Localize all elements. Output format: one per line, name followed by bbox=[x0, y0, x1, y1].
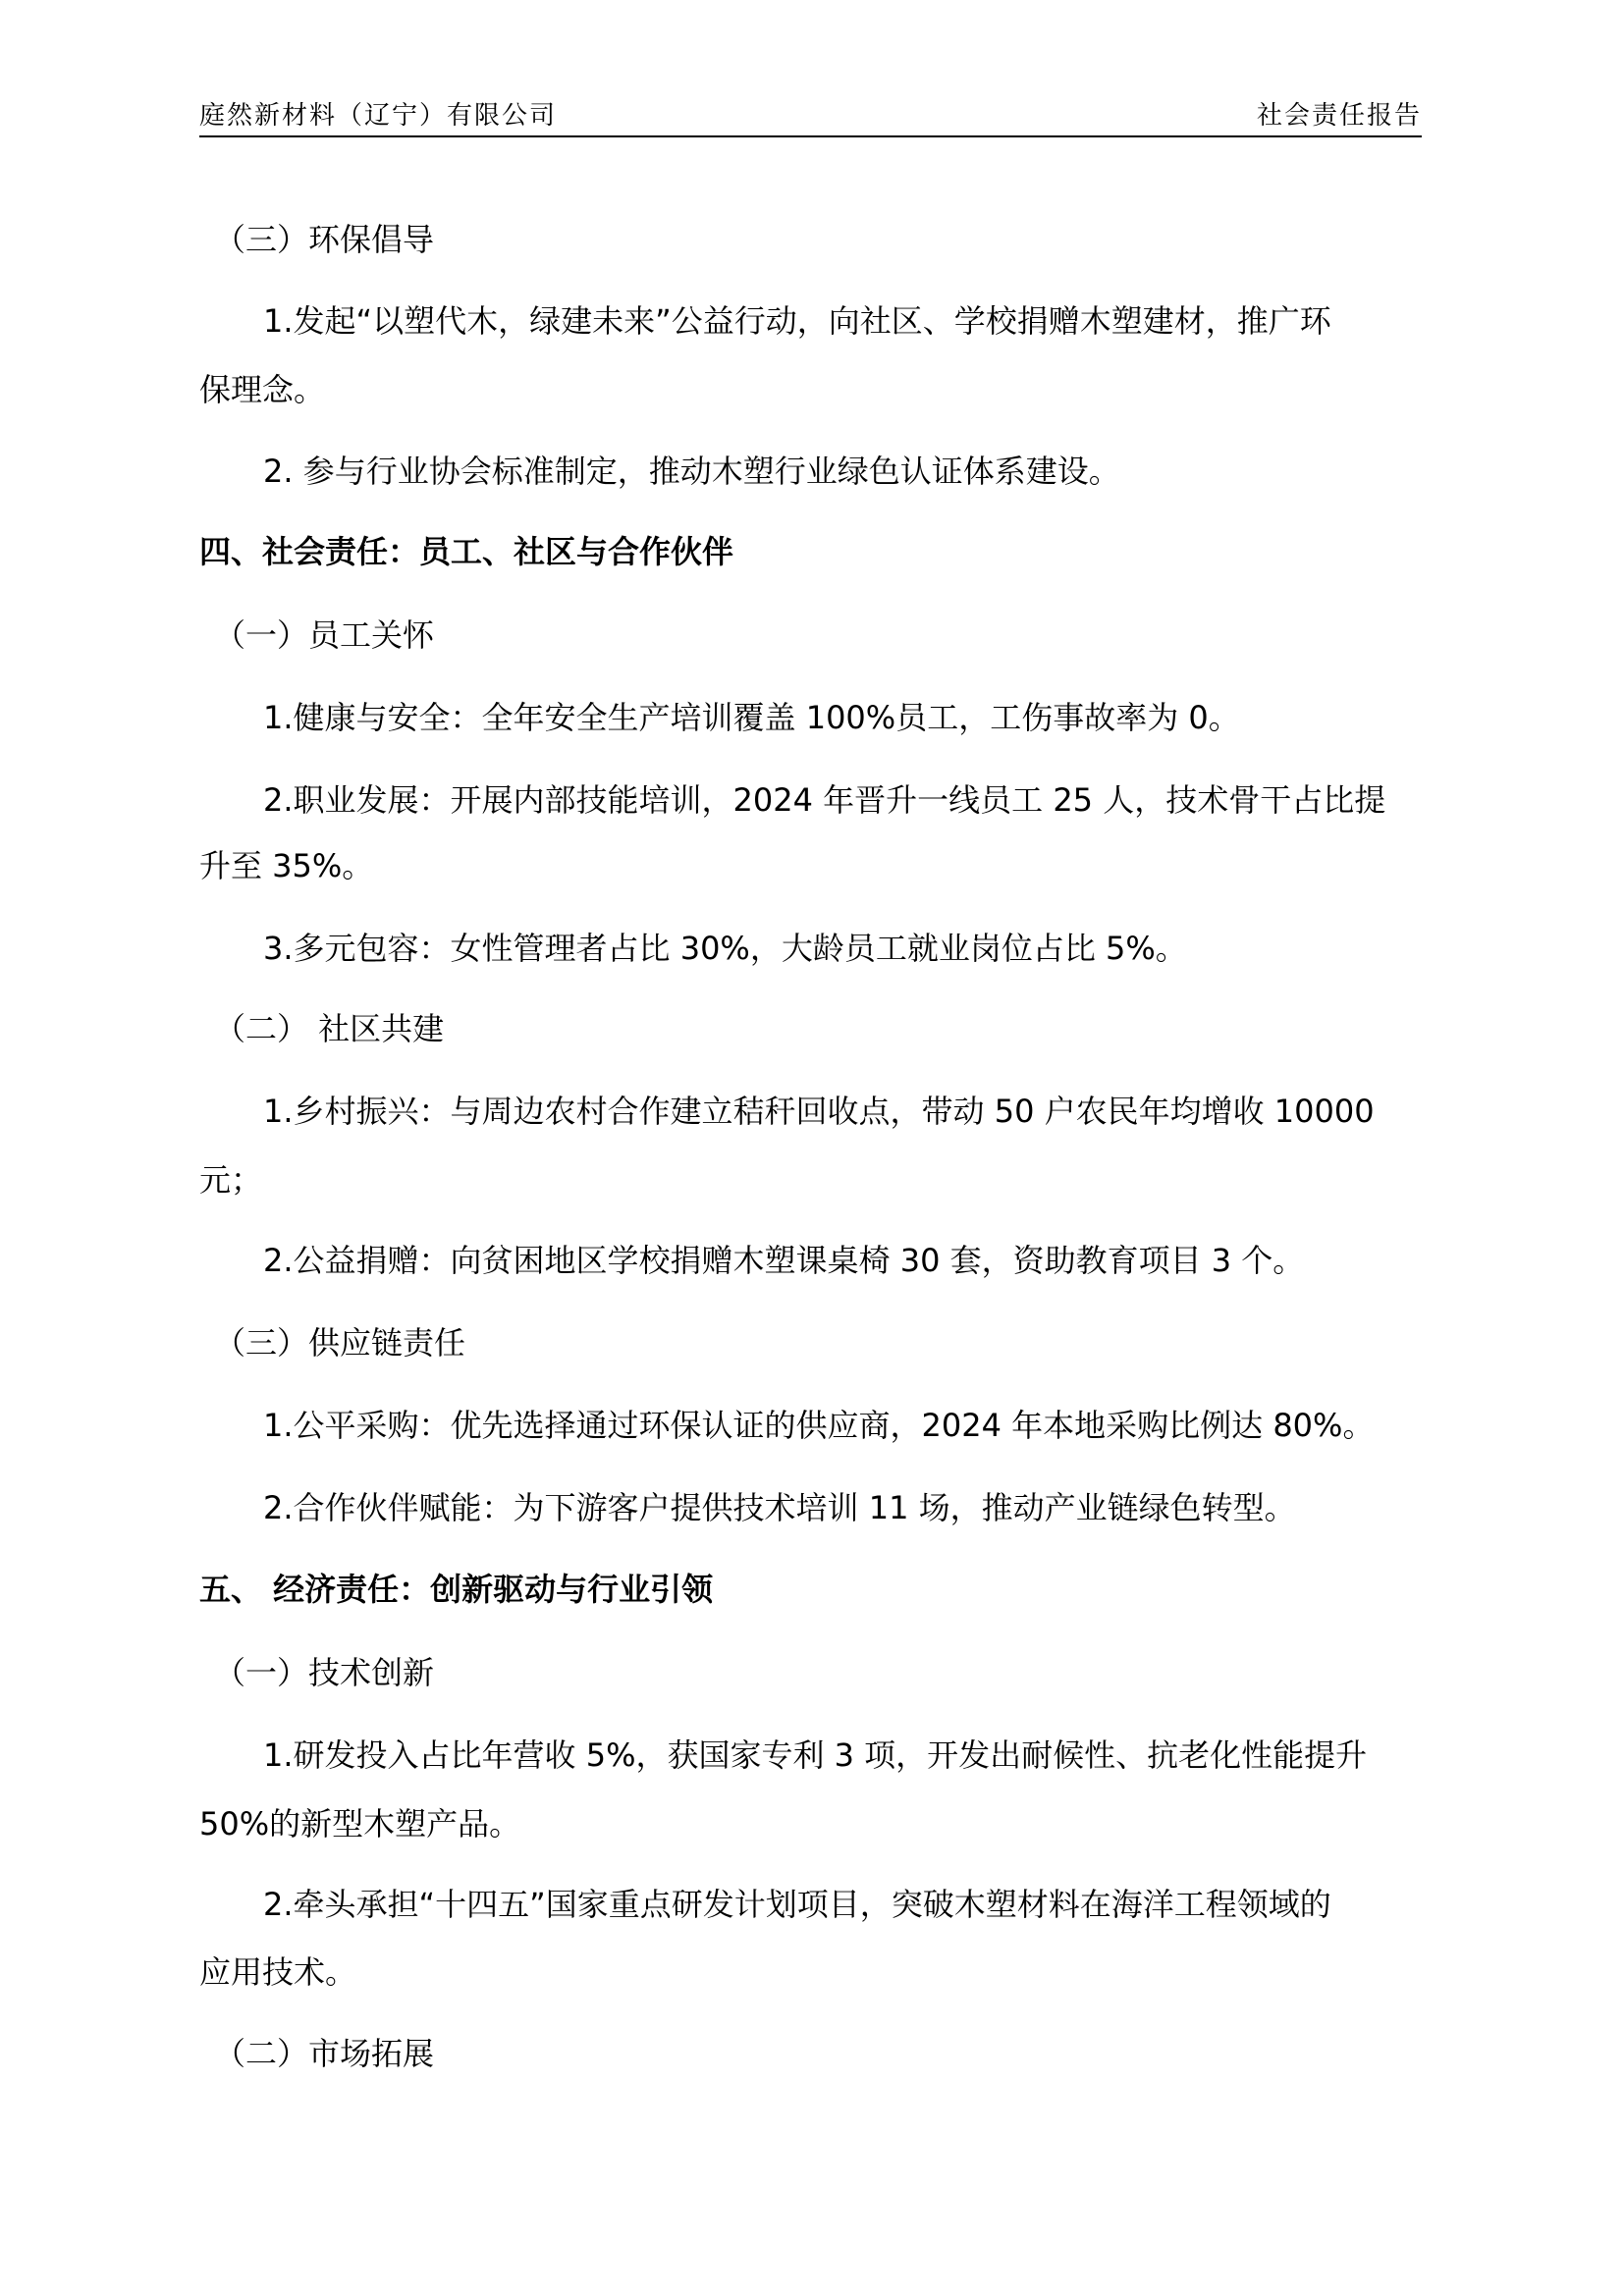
section-heading-economic-responsibility: 五、 经济责任：创新驱动与行业引领 bbox=[199, 1568, 1422, 1611]
paragraph-continuation: 50%的新型木塑产品。 bbox=[199, 1802, 1422, 1845]
paragraph-item: 2.合作伙伴赋能：为下游客户提供技术培训 11 场，推动产业链绿色转型。 bbox=[263, 1486, 1486, 1529]
report-title: 社会责任报告 bbox=[1257, 95, 1422, 132]
subsection-heading-market-expansion: （二）市场拓展 bbox=[214, 2032, 1436, 2075]
paragraph-item: 1.公平采购：优先选择通过环保认证的供应商，2024 年本地采购比例达 80%。 bbox=[263, 1404, 1486, 1447]
paragraph-item: 2.职业发展：开展内部技能培训，2024 年晋升一线员工 25 人，技术骨干占比… bbox=[263, 778, 1486, 822]
subsection-heading-environmental-advocacy: （三）环保倡导 bbox=[214, 218, 1436, 261]
paragraph-item: 1.乡村振兴：与周边农村合作建立秸秆回收点，带动 50 户农民年均增收 1000… bbox=[263, 1090, 1486, 1133]
paragraph-item: 1.发起“以塑代木，绿建未来”公益行动，向社区、学校捐赠木塑建材，推广环 bbox=[263, 299, 1486, 343]
company-name: 庭然新材料（辽宁）有限公司 bbox=[199, 95, 557, 132]
paragraph-continuation: 应用技术。 bbox=[199, 1950, 1422, 1994]
paragraph-continuation: 升至 35%。 bbox=[199, 844, 1422, 887]
paragraph-item: 2.牵头承担“十四五”国家重点研发计划项目，突破木塑材料在海洋工程领域的 bbox=[263, 1883, 1486, 1926]
paragraph-item: 1.研发投入占比年营收 5%，获国家专利 3 项，开发出耐候性、抗老化性能提升 bbox=[263, 1734, 1486, 1777]
paragraph-item: 2.公益捐赠：向贫困地区学校捐赠木塑课桌椅 30 套，资助教育项目 3 个。 bbox=[263, 1239, 1486, 1282]
subsection-heading-community: （二） 社区共建 bbox=[214, 1007, 1436, 1050]
page-header: 庭然新材料（辽宁）有限公司 社会责任报告 bbox=[199, 98, 1422, 137]
section-heading-social-responsibility: 四、社会责任：员工、社区与合作伙伴 bbox=[199, 530, 1422, 573]
paragraph-continuation: 元； bbox=[199, 1158, 1422, 1201]
subsection-heading-employee-care: （一）员工关怀 bbox=[214, 614, 1436, 657]
paragraph-item: 1.健康与安全：全年安全生产培训覆盖 100%员工，工伤事故率为 0。 bbox=[263, 696, 1486, 739]
subsection-heading-tech-innovation: （一）技术创新 bbox=[214, 1651, 1436, 1694]
paragraph-item: 2. 参与行业协会标准制定，推动木塑行业绿色认证体系建设。 bbox=[263, 450, 1486, 493]
subsection-heading-supply-chain: （三）供应链责任 bbox=[214, 1321, 1436, 1364]
paragraph-item: 3.多元包容：女性管理者占比 30%，大龄员工就业岗位占比 5%。 bbox=[263, 927, 1486, 970]
paragraph-continuation: 保理念。 bbox=[199, 368, 1422, 411]
